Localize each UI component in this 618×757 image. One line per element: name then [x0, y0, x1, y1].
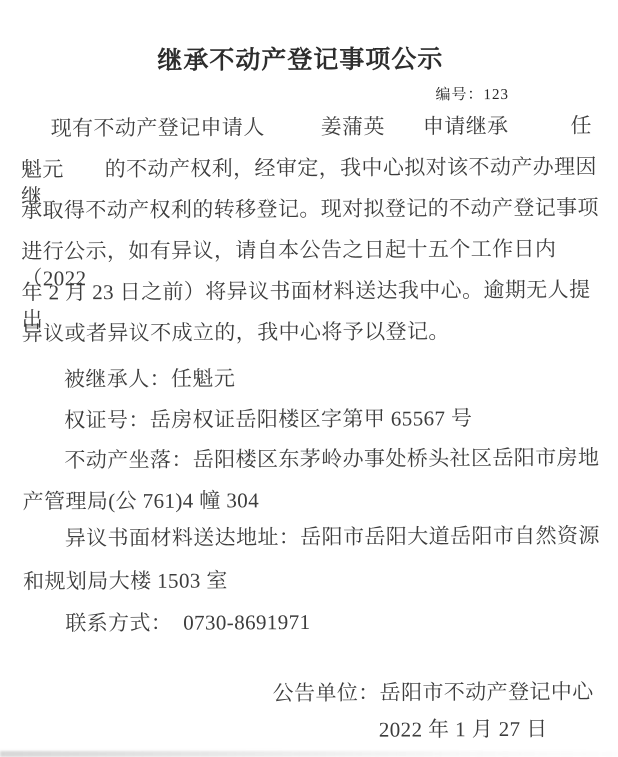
paragraph-mid-text: 申请继承: [423, 114, 509, 138]
applicant-name: 姜蒲英: [321, 115, 385, 139]
notice-title: 继承不动产登记事项公示: [0, 38, 602, 77]
decedent-name-part2: 魁元: [21, 157, 64, 181]
paragraph-line-3: 承取得不动产权利的转移登记。现对拟登记的不动产登记事项: [21, 194, 607, 224]
decedent-name-part1: 任: [570, 114, 592, 138]
paragraph-line-1: 现有不动产登记申请人姜蒲英申请继承任: [21, 112, 607, 142]
issue-date-line: 2022 年 1 月 27 日: [379, 716, 548, 744]
paragraph-line-6: 异议或者异议不成立的，我中心将予以登记。: [22, 317, 608, 347]
decedent-line: 被继承人：任魁元: [22, 363, 608, 393]
scan-edge-artifact: [0, 751, 618, 757]
certificate-number-line: 权证号：岳房权证岳阳楼区字第甲 65567 号: [22, 404, 608, 434]
scanned-notice-page: 继承不动产登记事项公示 编号：123 现有不动产登记申请人姜蒲英申请继承任 魁元…: [0, 0, 618, 757]
notice-number: 编号：123: [435, 83, 509, 104]
objection-address-line-1: 异议书面材料送达地址：岳阳市岳阳大道岳阳市自然资源: [23, 522, 609, 552]
objection-address-line-2: 和规划局大楼 1503 室: [23, 565, 609, 595]
paragraph-lead-text: 现有不动产登记申请人: [51, 115, 265, 140]
notice-content: 继承不动产登记事项公示 编号：123 现有不动产登记申请人姜蒲英申请继承任 魁元…: [0, 0, 618, 757]
property-location-line-1: 不动产坐落：岳阳楼区东茅岭办事处桥头社区岳阳市房地: [22, 444, 608, 474]
contact-line: 联系方式： 0730-8691971: [23, 607, 609, 637]
issuing-unit-line: 公告单位：岳阳市不动产登记中心: [273, 679, 594, 708]
property-location-line-2: 产管理局(公 761)4 幢 304: [23, 485, 609, 515]
